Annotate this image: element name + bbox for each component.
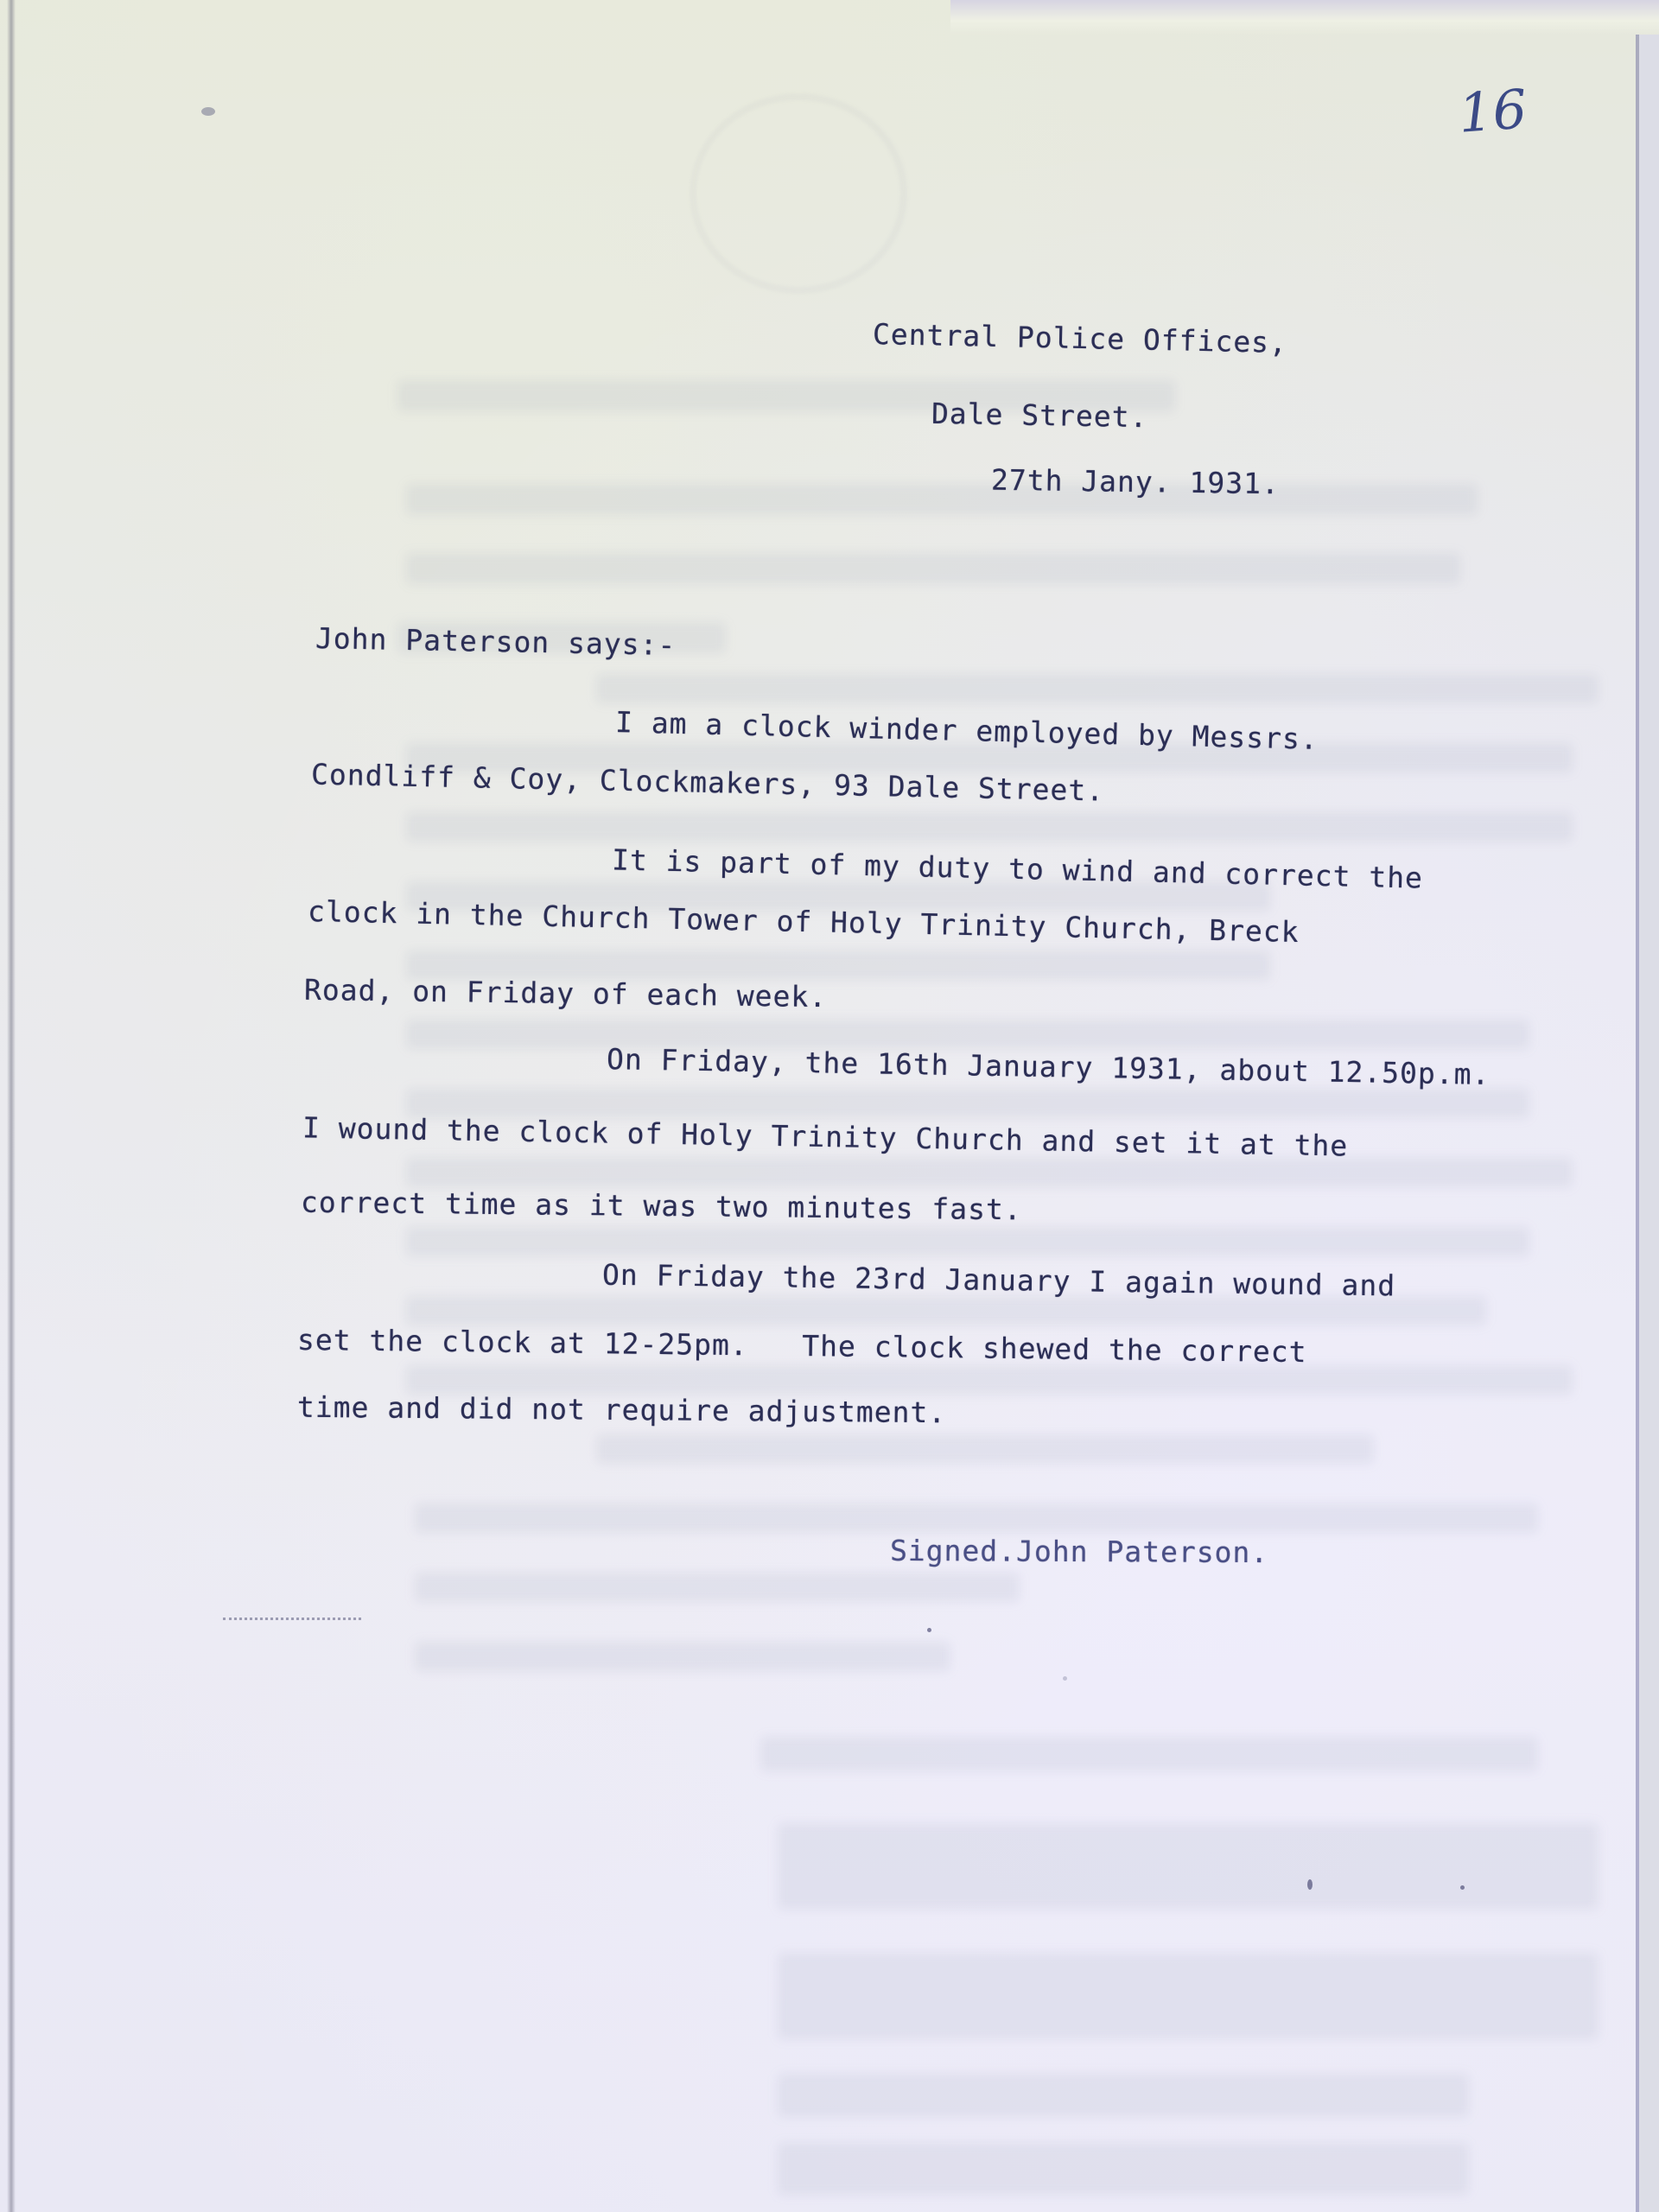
page-number: 16 <box>1457 77 1529 144</box>
statement-line: Road, on Friday of each week. <box>304 973 828 1014</box>
ink-speck <box>927 1628 931 1632</box>
bleed-through-stamp <box>691 95 906 292</box>
bleed-through-block <box>778 1953 1599 2039</box>
statement-line: correct time as it was two minutes fast. <box>301 1185 1022 1227</box>
ink-speck <box>201 107 215 116</box>
binding-edge <box>7 0 16 2212</box>
bleed-through-block <box>778 2143 1469 2195</box>
bleed-through-line <box>760 1737 1538 1771</box>
address-line-2: Dale Street. <box>931 397 1148 434</box>
ink-speck <box>1460 1885 1465 1890</box>
bleed-through-line <box>406 1158 1573 1187</box>
statement-intro: John Paterson says:- <box>315 621 677 662</box>
bleed-through-line <box>406 1020 1529 1049</box>
bleed-through-line <box>406 812 1573 842</box>
statement-line: set the clock at 12-25pm. The clock shew… <box>297 1323 1307 1369</box>
bleed-through-line <box>406 1089 1529 1118</box>
bleed-through-block <box>778 1823 1599 1910</box>
ink-speck <box>1307 1879 1313 1890</box>
bleed-through-line <box>406 1227 1529 1256</box>
bleed-through-block <box>778 2074 1469 2117</box>
bleed-through-line <box>415 1573 1020 1602</box>
bleed-through-line <box>406 553 1460 584</box>
document-date: 27th Jany. 1931. <box>991 463 1280 501</box>
bleed-through-line <box>406 484 1478 515</box>
bleed-through-line <box>415 1503 1538 1533</box>
dotted-mark <box>223 1618 361 1623</box>
signature: Signed.John Paterson. <box>890 1534 1268 1569</box>
address-line-1: Central Police Offices, <box>873 317 1288 359</box>
statement-line: On Friday, the 16th January 1931, about … <box>607 1042 1491 1091</box>
ink-speck <box>1063 1676 1067 1681</box>
bleed-through-line <box>415 1642 950 1671</box>
adjacent-sheet-strip <box>1639 35 1659 2212</box>
bleed-through-line <box>596 1434 1374 1464</box>
statement-line: time and did not require adjustment. <box>297 1390 947 1430</box>
bleed-through-line <box>596 674 1599 703</box>
top-sheet-edge <box>950 0 1659 35</box>
statement-line: I wound the clock of Holy Trinity Church… <box>302 1110 1349 1162</box>
document-page: 16 Central Police Offices, Dale Street. … <box>0 0 1659 2212</box>
bleed-through-line <box>406 1365 1573 1395</box>
